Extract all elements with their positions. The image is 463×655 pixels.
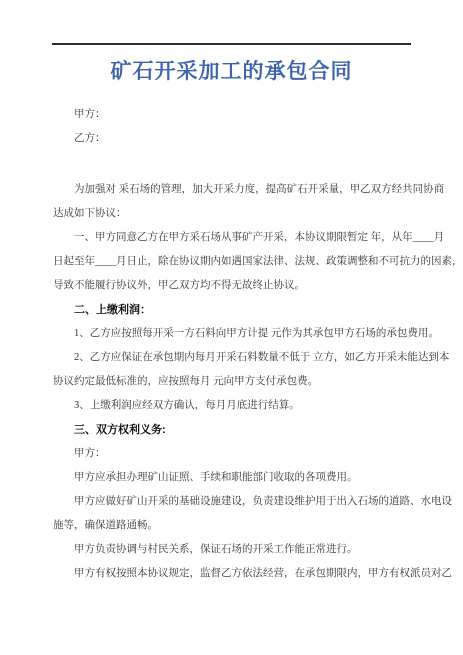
preamble-line-2: 达成如下协议： (53, 202, 411, 226)
blank-line (53, 151, 411, 178)
rights-item-1: 甲方应承担办理矿山证照、手续和职能部门收取的各项费用。 (53, 466, 411, 490)
rights-party-a-label: 甲方： (53, 442, 411, 466)
clause-1-line-1: 一、甲方同意乙方在甲方采石场从事矿产开采，本协议期限暂定 年，从年____月 (53, 226, 411, 250)
rights-item-2-line-2: 施等，确保道路通畅。 (53, 514, 411, 538)
profit-item-2-line-2: 协议约定最低标准的，应按照每月 元向甲方支付承包费。 (53, 370, 411, 394)
preamble-line-1: 为加强对 采石场的管理，加大开采力度，提高矿石开采量，甲乙双方经共同协商 (53, 178, 411, 202)
clause-1-line-3: 导致不能履行协议外，甲乙双方均不得无故终止协议。 (53, 274, 411, 298)
profit-item-2-line-1: 2、乙方应保证在承包期内每月开采石料数量不低于 立方，如乙方开采未能达到本 (53, 346, 411, 370)
section-heading-profit: 二、上缴利润： (53, 298, 411, 322)
rights-item-4: 甲方有权按照本协议规定，监督乙方依法经营，在承包期限内，甲方有权派员对乙 (53, 562, 411, 586)
rights-item-3: 甲方负责协调与村民关系，保证石场的开采工作能正常进行。 (53, 538, 411, 562)
profit-item-1: 1、乙方应按照每开采一方石料向甲方计提 元作为其承包甲方石场的承包费用。 (53, 322, 411, 346)
party-a-label: 甲方： (53, 103, 411, 127)
header-rule (52, 43, 411, 45)
profit-item-3: 3、上缴利润应经双方确认，每月月底进行结算。 (53, 394, 411, 418)
section-heading-rights: 三、双方权利义务: (53, 418, 411, 442)
clause-1-line-2: 日起至年____月日止，除在协议期内如遇国家法律、法规、政策调整和不可抗力的因素… (53, 250, 411, 274)
document-title: 矿石开采加工的承包合同 (0, 56, 463, 86)
document-body: 甲方： 乙方： 为加强对 采石场的管理，加大开采力度，提高矿石开采量，甲乙双方经… (53, 103, 411, 586)
rights-item-2-line-1: 甲方应做好矿山开采的基础设施建设，负责建设维护用于出入石场的道路、水电设 (53, 490, 411, 514)
document-page: 矿石开采加工的承包合同 甲方： 乙方： 为加强对 采石场的管理，加大开采力度，提… (0, 0, 463, 655)
party-b-label: 乙方： (53, 127, 411, 151)
